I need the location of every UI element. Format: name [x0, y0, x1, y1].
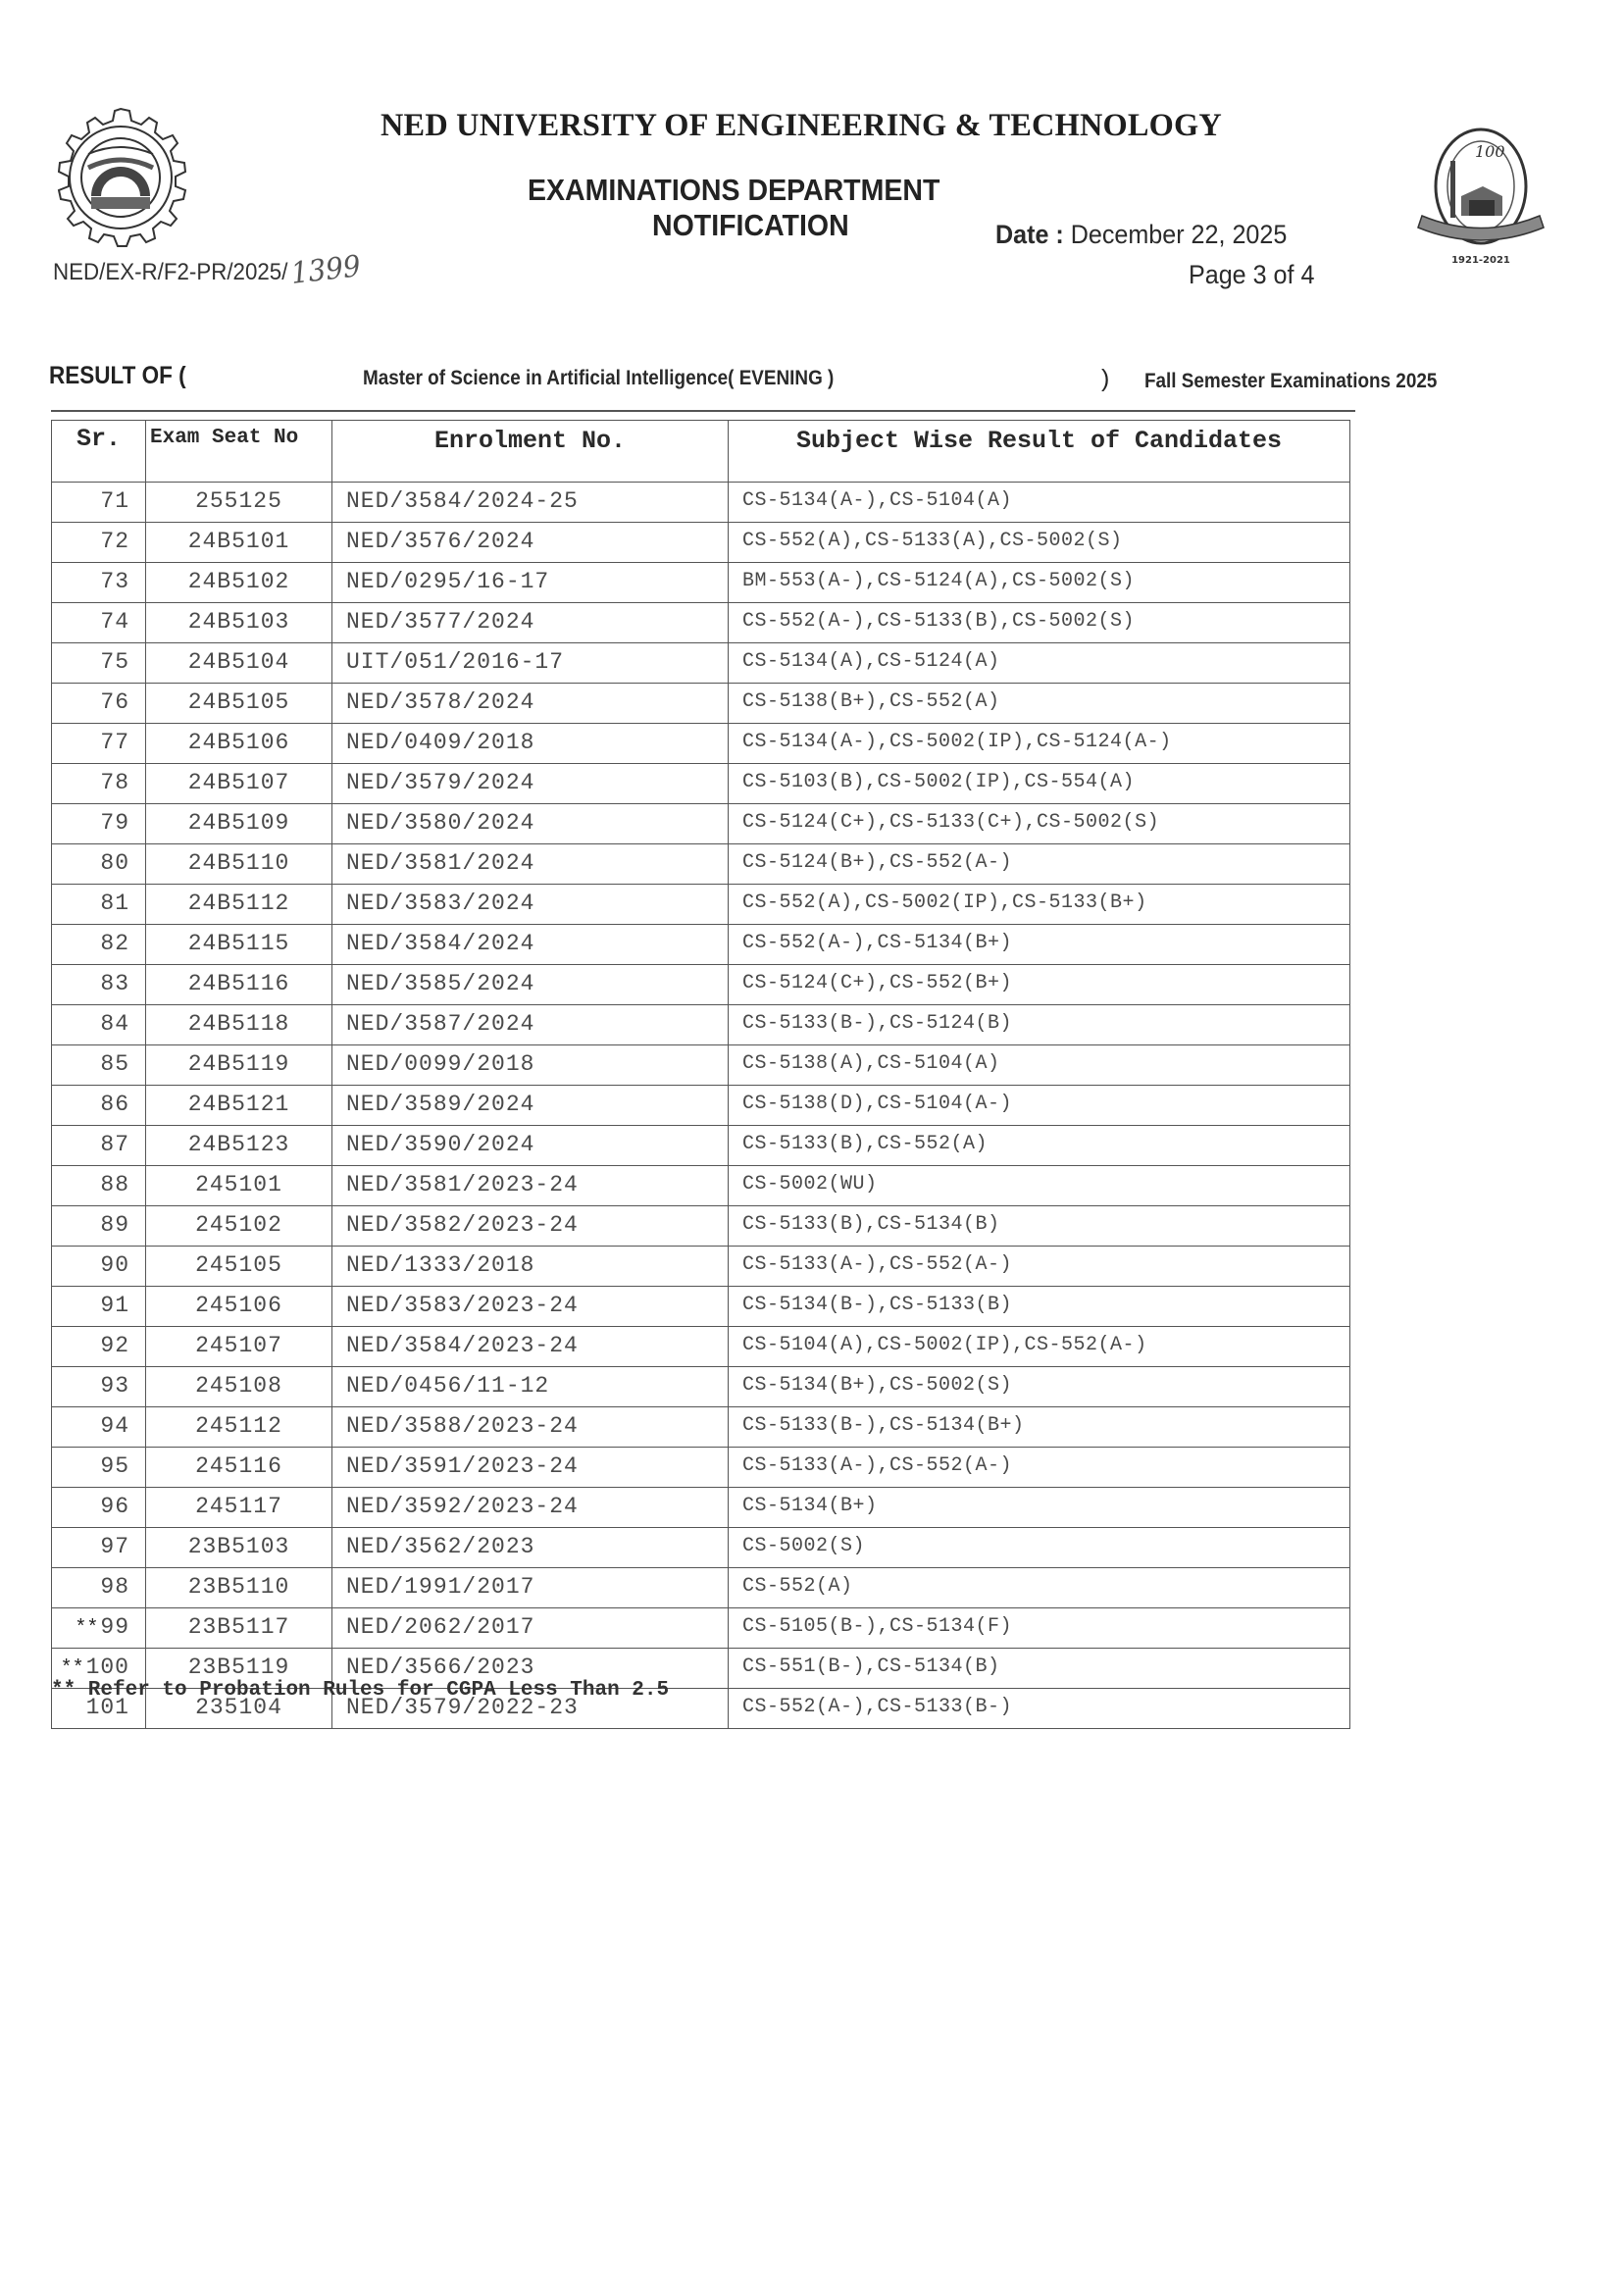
sr-number: 81: [100, 891, 129, 916]
sr-number: 98: [100, 1574, 129, 1600]
cell-result: CS-5105(B-),CS-5134(F): [729, 1608, 1350, 1649]
ned-centenary-logo-icon: 100 1921-2021: [1404, 118, 1556, 270]
cell-enrolment-no: NED/3579/2024: [332, 764, 729, 804]
sr-number: 100: [86, 1655, 129, 1680]
cell-seat-no: 24B5112: [146, 885, 332, 925]
semester-name: Fall Semester Examinations 2025: [1144, 370, 1437, 393]
date-line: Date : December 22, 2025: [995, 220, 1287, 250]
cell-enrolment-no: NED/3585/2024: [332, 965, 729, 1005]
cell-sr: 77: [52, 724, 146, 764]
page-number: Page 3 of 4: [1189, 260, 1314, 290]
cell-seat-no: 245106: [146, 1287, 332, 1327]
probation-footnote: ** Refer to Probation Rules for CGPA Les…: [51, 1679, 669, 1702]
cell-result: CS-5103(B),CS-5002(IP),CS-554(A): [729, 764, 1350, 804]
cell-result: CS-5002(WU): [729, 1166, 1350, 1206]
cell-result: CS-552(A),CS-5002(IP),CS-5133(B+): [729, 885, 1350, 925]
cell-sr: 92: [52, 1327, 146, 1367]
cell-seat-no: 24B5109: [146, 804, 332, 844]
cell-enrolment-no: UIT/051/2016-17: [332, 643, 729, 684]
cell-sr: 78: [52, 764, 146, 804]
table-row: 89245102NED/3582/2023-24CS-5133(B),CS-51…: [52, 1206, 1350, 1247]
sr-number: 82: [100, 931, 129, 956]
cell-result: CS-5134(A),CS-5124(A): [729, 643, 1350, 684]
cell-result: CS-5133(B-),CS-5124(B): [729, 1005, 1350, 1045]
date-label: Date :: [995, 220, 1064, 249]
table-row: 7424B5103NED/3577/2024CS-552(A-),CS-5133…: [52, 603, 1350, 643]
cell-enrolment-no: NED/3578/2024: [332, 684, 729, 724]
cell-result: CS-5134(A-),CS-5104(A): [729, 483, 1350, 523]
sr-number: 89: [100, 1212, 129, 1238]
cell-result: CS-5138(A),CS-5104(A): [729, 1045, 1350, 1086]
cell-result: BM-553(A-),CS-5124(A),CS-5002(S): [729, 563, 1350, 603]
cell-enrolment-no: NED/3589/2024: [332, 1086, 729, 1126]
sr-number: 94: [100, 1413, 129, 1439]
sr-number: 74: [100, 609, 129, 635]
sr-number: 84: [100, 1011, 129, 1037]
table-row: 7724B5106NED/0409/2018CS-5134(A-),CS-500…: [52, 724, 1350, 764]
cell-enrolment-no: NED/3584/2024: [332, 925, 729, 965]
table-row: 71255125NED/3584/2024-25CS-5134(A-),CS-5…: [52, 483, 1350, 523]
cell-sr: 82: [52, 925, 146, 965]
cell-sr: 90: [52, 1247, 146, 1287]
column-header-result: Subject Wise Result of Candidates: [729, 421, 1350, 483]
table-row: 7324B5102NED/0295/16-17BM-553(A-),CS-512…: [52, 563, 1350, 603]
cell-seat-no: 24B5102: [146, 563, 332, 603]
sr-number: 79: [100, 810, 129, 836]
cell-seat-no: 24B5121: [146, 1086, 332, 1126]
cell-enrolment-no: NED/0456/11-12: [332, 1367, 729, 1407]
sr-number: 88: [100, 1172, 129, 1197]
sr-number: 97: [100, 1534, 129, 1559]
table-row: 95245116NED/3591/2023-24CS-5133(A-),CS-5…: [52, 1448, 1350, 1488]
cell-seat-no: 24B5123: [146, 1126, 332, 1166]
sr-number: 78: [100, 770, 129, 795]
cell-result: CS-5133(B),CS-552(A): [729, 1126, 1350, 1166]
column-header-seat: Exam Seat No: [146, 421, 332, 483]
cell-seat-no: 245102: [146, 1206, 332, 1247]
sr-number: 95: [100, 1453, 129, 1479]
sr-number: 86: [100, 1092, 129, 1117]
cell-enrolment-no: NED/3584/2023-24: [332, 1327, 729, 1367]
cell-sr: 81: [52, 885, 146, 925]
cell-enrolment-no: NED/3576/2024: [332, 523, 729, 563]
table-row: 8724B5123NED/3590/2024CS-5133(B),CS-552(…: [52, 1126, 1350, 1166]
cell-seat-no: 24B5115: [146, 925, 332, 965]
cell-result: CS-5138(B+),CS-552(A): [729, 684, 1350, 724]
result-of-close: ): [1101, 365, 1109, 393]
sr-number: 76: [100, 689, 129, 715]
sr-number: 71: [100, 488, 129, 514]
centenary-logo: 100 1921-2021: [1404, 118, 1556, 270]
cell-sr: **99: [52, 1608, 146, 1649]
reference-prefix: NED/EX-R/F2-PR/2025/: [53, 259, 287, 285]
cell-sr: 73: [52, 563, 146, 603]
cell-seat-no: 245107: [146, 1327, 332, 1367]
cell-enrolment-no: NED/1333/2018: [332, 1247, 729, 1287]
program-name: Master of Science in Artificial Intellig…: [363, 367, 834, 390]
cell-result: CS-5134(B+),CS-5002(S): [729, 1367, 1350, 1407]
cell-enrolment-no: NED/3590/2024: [332, 1126, 729, 1166]
cell-enrolment-no: NED/0099/2018: [332, 1045, 729, 1086]
table-row: 8624B5121NED/3589/2024CS-5138(D),CS-5104…: [52, 1086, 1350, 1126]
svg-text:1921-2021: 1921-2021: [1451, 255, 1510, 266]
cell-result: CS-5124(B+),CS-552(A-): [729, 844, 1350, 885]
table-row: 8224B5115NED/3584/2024CS-552(A-),CS-5134…: [52, 925, 1350, 965]
cell-seat-no: 23B5110: [146, 1568, 332, 1608]
cell-result: CS-552(A),CS-5133(A),CS-5002(S): [729, 523, 1350, 563]
table-row: 94245112NED/3588/2023-24CS-5133(B-),CS-5…: [52, 1407, 1350, 1448]
cell-enrolment-no: NED/0409/2018: [332, 724, 729, 764]
sr-number: 80: [100, 850, 129, 876]
cell-sr: 97: [52, 1528, 146, 1568]
cell-seat-no: 245101: [146, 1166, 332, 1206]
cell-result: CS-5138(D),CS-5104(A-): [729, 1086, 1350, 1126]
department-name: EXAMINATIONS DEPARTMENT: [528, 173, 939, 208]
date-value: December 22, 2025: [1071, 220, 1288, 249]
cell-enrolment-no: NED/3582/2023-24: [332, 1206, 729, 1247]
sr-number: 87: [100, 1132, 129, 1157]
table-row: 91245106NED/3583/2023-24CS-5134(B-),CS-5…: [52, 1287, 1350, 1327]
cell-sr: 96: [52, 1488, 146, 1528]
table-row: 7524B5104UIT/051/2016-17CS-5134(A),CS-51…: [52, 643, 1350, 684]
cell-sr: 95: [52, 1448, 146, 1488]
sr-number: 90: [100, 1252, 129, 1278]
table-header-row: Sr. Exam Seat No Enrolment No. Subject W…: [52, 421, 1350, 483]
cell-sr: 89: [52, 1206, 146, 1247]
cell-sr: 75: [52, 643, 146, 684]
ned-university-gear-logo-icon: [47, 103, 194, 250]
university-name: NED UNIVERSITY OF ENGINEERING & TECHNOLO…: [381, 108, 1222, 144]
sr-number: 73: [100, 569, 129, 594]
cell-seat-no: 24B5105: [146, 684, 332, 724]
cell-enrolment-no: NED/3583/2024: [332, 885, 729, 925]
cell-result: CS-552(A-),CS-5133(B),CS-5002(S): [729, 603, 1350, 643]
cell-seat-no: 245108: [146, 1367, 332, 1407]
cell-enrolment-no: NED/3588/2023-24: [332, 1407, 729, 1448]
cell-result: CS-5134(B-),CS-5133(B): [729, 1287, 1350, 1327]
cell-seat-no: 24B5116: [146, 965, 332, 1005]
cell-enrolment-no: NED/3587/2024: [332, 1005, 729, 1045]
table-row: 8024B5110NED/3581/2024CS-5124(B+),CS-552…: [52, 844, 1350, 885]
table-row: 88245101NED/3581/2023-24CS-5002(WU): [52, 1166, 1350, 1206]
cell-enrolment-no: NED/3592/2023-24: [332, 1488, 729, 1528]
cell-seat-no: 24B5104: [146, 643, 332, 684]
table-row: **9923B5117NED/2062/2017CS-5105(B-),CS-5…: [52, 1608, 1350, 1649]
cell-sr: 72: [52, 523, 146, 563]
result-of-label: RESULT OF (: [49, 362, 186, 390]
cell-result: CS-5133(A-),CS-552(A-): [729, 1448, 1350, 1488]
cell-sr: 79: [52, 804, 146, 844]
cell-seat-no: 24B5107: [146, 764, 332, 804]
cell-result: CS-5134(A-),CS-5002(IP),CS-5124(A-): [729, 724, 1350, 764]
cell-seat-no: 24B5110: [146, 844, 332, 885]
table-row: 96245117NED/3592/2023-24CS-5134(B+): [52, 1488, 1350, 1528]
sr-number: 99: [100, 1614, 129, 1640]
probation-marker: **: [75, 1617, 98, 1640]
cell-sr: 83: [52, 965, 146, 1005]
cell-result: CS-552(A-),CS-5134(B+): [729, 925, 1350, 965]
sr-number: 93: [100, 1373, 129, 1399]
column-header-enrolment: Enrolment No.: [332, 421, 729, 483]
cell-enrolment-no: NED/3591/2023-24: [332, 1448, 729, 1488]
cell-seat-no: 245112: [146, 1407, 332, 1448]
cell-sr: 91: [52, 1287, 146, 1327]
notification-title: NOTIFICATION: [652, 208, 849, 243]
sr-number: 77: [100, 730, 129, 755]
cell-sr: 84: [52, 1005, 146, 1045]
cell-enrolment-no: NED/3562/2023: [332, 1528, 729, 1568]
table-row: 8324B5116NED/3585/2024CS-5124(C+),CS-552…: [52, 965, 1350, 1005]
cell-sr: 94: [52, 1407, 146, 1448]
cell-result: CS-551(B-),CS-5134(B): [729, 1649, 1350, 1689]
cell-result: CS-5133(A-),CS-552(A-): [729, 1247, 1350, 1287]
cell-enrolment-no: NED/3581/2023-24: [332, 1166, 729, 1206]
table-row: 8424B5118NED/3587/2024CS-5133(B-),CS-512…: [52, 1005, 1350, 1045]
cell-enrolment-no: NED/3583/2023-24: [332, 1287, 729, 1327]
table-row: 93245108NED/0456/11-12CS-5134(B+),CS-500…: [52, 1367, 1350, 1407]
cell-sr: 80: [52, 844, 146, 885]
cell-sr: 85: [52, 1045, 146, 1086]
cell-enrolment-no: NED/2062/2017: [332, 1608, 729, 1649]
cell-seat-no: 245116: [146, 1448, 332, 1488]
cell-seat-no: 245117: [146, 1488, 332, 1528]
table-row: 7624B5105NED/3578/2024CS-5138(B+),CS-552…: [52, 684, 1350, 724]
cell-seat-no: 24B5118: [146, 1005, 332, 1045]
cell-sr: 86: [52, 1086, 146, 1126]
cell-seat-no: 23B5103: [146, 1528, 332, 1568]
table-row: 9723B5103NED/3562/2023CS-5002(S): [52, 1528, 1350, 1568]
probation-marker: **: [61, 1657, 84, 1680]
cell-sr: 98: [52, 1568, 146, 1608]
sr-number: 96: [100, 1494, 129, 1519]
cell-enrolment-no: NED/0295/16-17: [332, 563, 729, 603]
ned-university-logo: [47, 103, 194, 250]
cell-seat-no: 245105: [146, 1247, 332, 1287]
cell-result: CS-5124(C+),CS-5133(C+),CS-5002(S): [729, 804, 1350, 844]
table-row: 8524B5119NED/0099/2018CS-5138(A),CS-5104…: [52, 1045, 1350, 1086]
cell-seat-no: 24B5101: [146, 523, 332, 563]
table-row: 90245105NED/1333/2018CS-5133(A-),CS-552(…: [52, 1247, 1350, 1287]
table-row: 7224B5101NED/3576/2024CS-552(A),CS-5133(…: [52, 523, 1350, 563]
cell-result: CS-552(A-),CS-5133(B-): [729, 1689, 1350, 1729]
cell-result: CS-5002(S): [729, 1528, 1350, 1568]
table-row: 8124B5112NED/3583/2024CS-552(A),CS-5002(…: [52, 885, 1350, 925]
cell-sr: 76: [52, 684, 146, 724]
table-row: 7924B5109NED/3580/2024CS-5124(C+),CS-513…: [52, 804, 1350, 844]
cell-seat-no: 24B5103: [146, 603, 332, 643]
cell-result: CS-552(A): [729, 1568, 1350, 1608]
cell-sr: 74: [52, 603, 146, 643]
table-row: 92245107NED/3584/2023-24CS-5104(A),CS-50…: [52, 1327, 1350, 1367]
sr-number: 75: [100, 649, 129, 675]
cell-result: CS-5104(A),CS-5002(IP),CS-552(A-): [729, 1327, 1350, 1367]
cell-seat-no: 255125: [146, 483, 332, 523]
cell-enrolment-no: NED/3584/2024-25: [332, 483, 729, 523]
table-body: 71255125NED/3584/2024-25CS-5134(A-),CS-5…: [52, 483, 1350, 1729]
sr-number: 85: [100, 1051, 129, 1077]
svg-text:100: 100: [1475, 142, 1505, 161]
reference-handwritten: 1399: [290, 249, 363, 291]
cell-seat-no: 24B5106: [146, 724, 332, 764]
cell-seat-no: 23B5117: [146, 1608, 332, 1649]
cell-enrolment-no: NED/1991/2017: [332, 1568, 729, 1608]
cell-seat-no: 24B5119: [146, 1045, 332, 1086]
table-row: 9823B5110NED/1991/2017CS-552(A): [52, 1568, 1350, 1608]
sr-number: 72: [100, 529, 129, 554]
results-table: Sr. Exam Seat No Enrolment No. Subject W…: [51, 420, 1350, 1729]
cell-enrolment-no: NED/3580/2024: [332, 804, 729, 844]
cell-sr: 87: [52, 1126, 146, 1166]
cell-enrolment-no: NED/3581/2024: [332, 844, 729, 885]
cell-result: CS-5124(C+),CS-552(B+): [729, 965, 1350, 1005]
reference-number: NED/EX-R/F2-PR/2025/1399: [53, 253, 361, 287]
cell-enrolment-no: NED/3577/2024: [332, 603, 729, 643]
cell-result: CS-5133(B),CS-5134(B): [729, 1206, 1350, 1247]
column-header-sr: Sr.: [52, 421, 146, 483]
cell-result: CS-5133(B-),CS-5134(B+): [729, 1407, 1350, 1448]
cell-result: CS-5134(B+): [729, 1488, 1350, 1528]
sr-number: 83: [100, 971, 129, 996]
table-row: 7824B5107NED/3579/2024CS-5103(B),CS-5002…: [52, 764, 1350, 804]
cell-sr: 93: [52, 1367, 146, 1407]
separator-line: [51, 410, 1355, 412]
sr-number: 91: [100, 1293, 129, 1318]
cell-sr: 71: [52, 483, 146, 523]
cell-sr: 88: [52, 1166, 146, 1206]
sr-number: 92: [100, 1333, 129, 1358]
